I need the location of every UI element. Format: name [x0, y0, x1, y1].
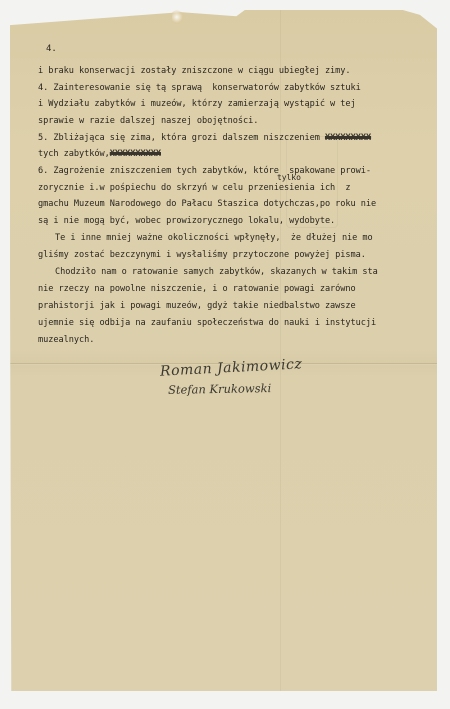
- text-line-2: 4. Zainteresowanie się tą sprawą konserw…: [38, 82, 361, 94]
- text-line-1: i braku konserwacji zostały zniszczone w…: [38, 65, 351, 77]
- text-line-15: prahistorji jak i powagi muzeów, gdyż ta…: [38, 300, 356, 312]
- text-line-4: sprawie w razie dalszej naszej obojętnoś…: [38, 115, 258, 127]
- text-line-5: 5. Zbliżająca się zima, która grozi dals…: [38, 132, 371, 144]
- text-line-10: są i nie mogą być, wobec prowizorycznego…: [38, 215, 335, 227]
- text-line-17: muzealnych.: [38, 334, 94, 346]
- text-line-6: tych zabytków,XXXXXXXXXX: [38, 148, 161, 160]
- text-line-3: i Wydziału zabytków i muzeów, którzy zam…: [38, 98, 356, 110]
- struck-out-text: XXXXXXXXXX: [110, 149, 161, 159]
- text-line-9: gmachu Muzeum Narodowego do Pałacu Stasz…: [38, 198, 376, 210]
- typewritten-body: i braku konserwacji zostały zniszczone w…: [38, 0, 418, 190]
- text-line-13: Chodziło nam o ratowanie samych zabytków…: [55, 266, 378, 278]
- interlinear-insertion: tylko: [277, 173, 301, 182]
- text-line-5-content: 5. Zbliżająca się zima, która grozi dals…: [38, 133, 325, 143]
- text-line-8: zorycznie i.w pośpiechu do skrzyń w celu…: [38, 182, 351, 194]
- text-line-16: ujemnie się odbija na zaufaniu społeczeń…: [38, 317, 376, 329]
- signature-second: Stefan Krukowski: [168, 381, 271, 397]
- struck-out-text: XXXXXXXXX: [325, 133, 371, 143]
- text-line-7: 6. Zagrożenie zniszczeniem tych zabytków…: [38, 165, 371, 177]
- text-line-12: gliśmy zostać bezczynymi i wysłaliśmy pr…: [38, 249, 366, 261]
- text-line-6-content: tych zabytków,: [38, 149, 110, 159]
- text-line-11: Te i inne mniej ważne okoliczności wpłyn…: [55, 232, 373, 244]
- text-line-14: nie rzeczy na powolne niszczenie, i o ra…: [38, 283, 356, 295]
